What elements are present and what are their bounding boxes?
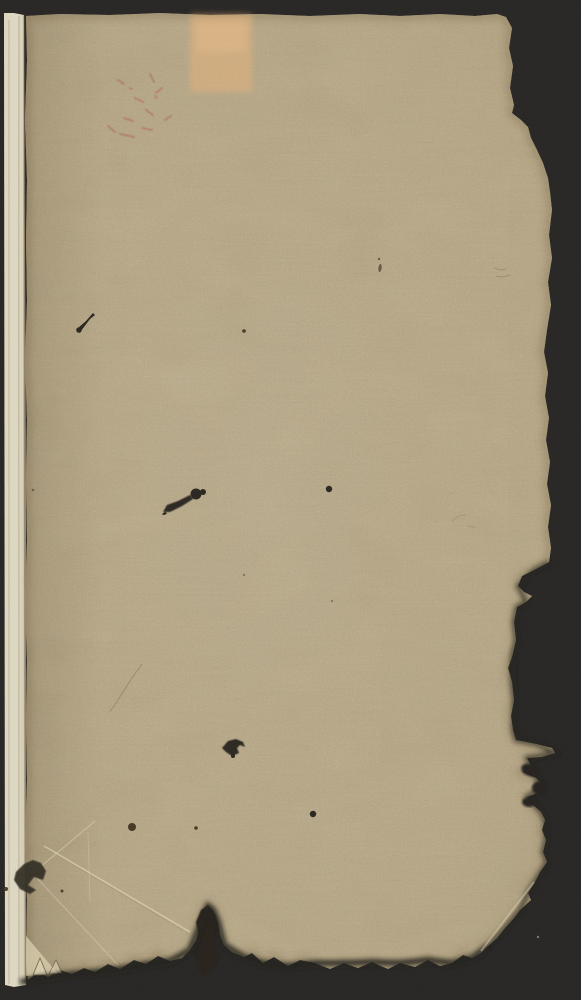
book-scan-viewport	[0, 0, 581, 1000]
scanned-page-svg	[0, 0, 581, 1000]
film-grain-overlay	[0, 0, 581, 1000]
